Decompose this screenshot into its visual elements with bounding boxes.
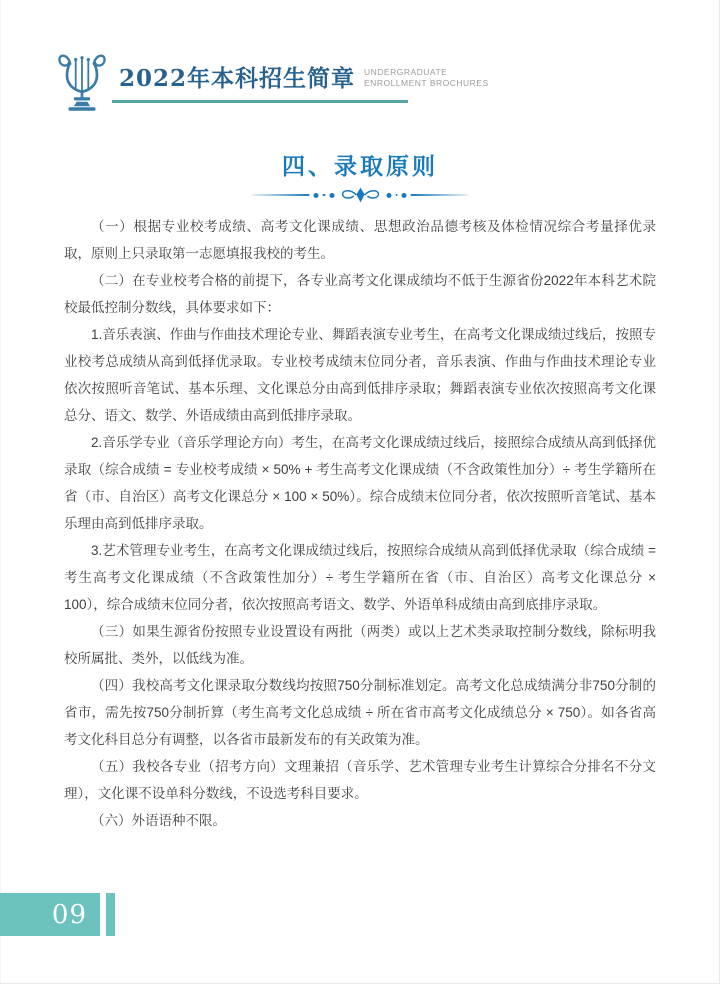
title-divider [252, 185, 469, 205]
brochure-subtitle-en: UNDERGRADUATE ENROLLMENT BROCHURES [364, 67, 489, 89]
paragraph-3: （三）如果生源省份按照专业设置设有两批（两类）或以上艺术类录取控制分数线，除标明… [64, 618, 656, 672]
paragraph-2-item-3: 3.艺术管理专业考生，在高考文化课成绩过线后，按照综合成绩从高到低择优录取（综合… [64, 537, 656, 618]
lyre-icon [55, 50, 109, 114]
page-number-accent-bar [106, 893, 115, 936]
brochure-page: 2022年本科招生简章 UNDERGRADUATE ENROLLMENT BRO… [0, 0, 720, 984]
page-header: 2022年本科招生简章 UNDERGRADUATE ENROLLMENT BRO… [55, 50, 489, 114]
page-number: 09 [52, 900, 87, 930]
paragraph-2-item-2: 2.音乐学专业（音乐学理论方向）考生，在高考文化课成绩过线后，接照综合成绩从高到… [64, 429, 656, 537]
admission-principles-body: （一）根据专业校考成绩、高考文化课成绩、思想政治品德考核及体检情况综合考量择优录… [64, 213, 656, 834]
paragraph-6: （六）外语语种不限。 [64, 807, 656, 834]
section-title: 四、录取原则 [0, 148, 720, 181]
divider-line [411, 194, 469, 196]
page-number-block: 09 [0, 893, 100, 936]
paragraph-4: （四）我校高考文化课录取分数线均按照750分制标准划定。高考文化总成绩满分非75… [64, 672, 656, 753]
divider-line [252, 194, 310, 196]
paragraph-2-item-1: 1.音乐表演、作曲与作曲技术理论专业、舞蹈表演专业考生，在高考文化课成绩过线后，… [64, 321, 656, 429]
brochure-title: 2022年本科招生简章 [119, 60, 355, 93]
paragraph-2: （二）在专业校考合格的前提下，各专业高考文化课成绩均不低于生源省份2022年本科… [64, 267, 656, 321]
paragraph-5: （五）我校各专业（招考方向）文理兼招（音乐学、艺术管理专业考生计算综合分排名不分… [64, 753, 656, 807]
header-divider-rule [112, 100, 408, 103]
paragraph-1: （一）根据专业校考成绩、高考文化课成绩、思想政治品德考核及体检情况综合考量择优录… [64, 213, 656, 267]
divider-ornament-icon [338, 186, 382, 204]
